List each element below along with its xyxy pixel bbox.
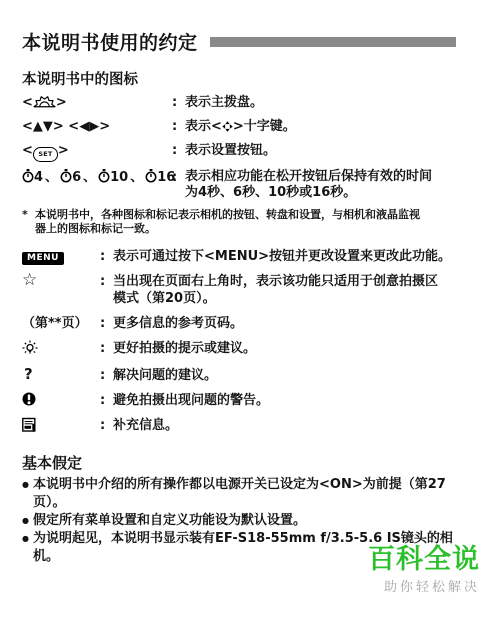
colon: : — [100, 417, 113, 434]
description-line: 表示相应功能在松开按钮后保持有效的时间 — [185, 169, 478, 185]
timer-value: 4 — [34, 170, 43, 185]
list-item-text: 假定所有菜单设置和自定义功能设为默认设置。 — [33, 512, 306, 530]
icon-row-cross-keys: <▲▼> <◀▶> : 表示<>十字键。 — [22, 118, 478, 135]
list-item: ● 假定所有菜单设置和自定义功能设为默认设置。 — [22, 512, 478, 530]
tip-description: 更好拍摄的提示或建议。 — [113, 340, 478, 357]
menu-description: 表示可通过按下<MENU>按钮并更改设置来更改此功能。 — [113, 248, 478, 265]
timer-description: 表示相应功能在松开按钮后保持有效的时间 为4秒、6秒、10秒或16秒。 — [185, 169, 478, 201]
footnote-marker: * — [22, 208, 35, 236]
question-description: 解决问题的建议。 — [113, 367, 478, 384]
description-text: >十字键。 — [233, 119, 296, 134]
colon: : — [172, 118, 185, 135]
timer-label: 4、6、10、16 — [22, 169, 172, 186]
timer-icon — [98, 169, 110, 183]
cross-keys-label: <▲▼> <◀▶> — [22, 118, 172, 135]
mark-row-tip: : 更好拍摄的提示或建议。 — [22, 340, 478, 359]
set-button-description: 表示设置按钮。 — [185, 142, 478, 159]
brand-tagline: 助你轻松解决 — [368, 576, 480, 595]
menu-label: MENU — [22, 248, 100, 265]
mark-row-star: ☆ : 当出现在页面右上角时，表示该功能只适用于创意拍摄区模式（第20页）。 — [22, 273, 478, 307]
description-text: 表示< — [185, 119, 222, 134]
menu-badge-icon: MENU — [22, 252, 64, 265]
page-reference-description: 更多信息的参考页码。 — [113, 315, 478, 332]
main-dial-description: 表示主拨盘。 — [185, 94, 478, 111]
bracket-open: < — [22, 95, 33, 110]
page-reference-label: （第**页） — [22, 315, 100, 332]
colon: : — [100, 340, 113, 357]
star-description: 当出现在页面右上角时，表示该功能只适用于创意拍摄区模式（第20页）。 — [113, 273, 449, 307]
set-button-icon: SET — [33, 147, 58, 162]
colon: : — [100, 315, 113, 332]
main-dial-icon — [33, 94, 56, 108]
icons-section-heading: 本说明书中的图标 — [22, 68, 478, 89]
question-mark-icon: ? — [22, 365, 33, 383]
colon: : — [100, 273, 113, 290]
tip-label — [22, 340, 100, 359]
star-label: ☆ — [22, 273, 100, 290]
list-item-text: 本说明书中介绍的所有操作都以电源开关已设定为<ON>为前提（第27页）。 — [33, 476, 463, 512]
footnote: * 本说明书中，各种图标和标记表示相机的按钮、转盘和设置，与相机和液晶监视器上的… — [22, 208, 478, 236]
star-icon: ☆ — [22, 270, 37, 290]
warning-description: 避免拍摄出现问题的警告。 — [113, 392, 478, 409]
timer-value: 6 — [72, 170, 81, 185]
list-item: ● 本说明书中介绍的所有操作都以电源开关已设定为<ON>为前提（第27页）。 — [22, 476, 478, 512]
cross-keys-description: 表示<>十字键。 — [185, 118, 478, 135]
icon-row-main-dial: <> : 表示主拨盘。 — [22, 94, 478, 111]
manual-page: 本说明书使用的约定 本说明书中的图标 <> : 表示主拨盘。 <▲▼> <◀▶>… — [0, 0, 500, 621]
brand-logo-text: 百科全说 — [368, 546, 480, 574]
bullet-icon: ● — [22, 512, 33, 530]
icon-row-set-button: <SET> : 表示设置按钮。 — [22, 142, 478, 162]
footnote-text: 本说明书中，各种图标和标记表示相机的按钮、转盘和设置，与相机和液晶监视器上的图标… — [35, 208, 427, 236]
set-button-label: <SET> — [22, 142, 172, 162]
mark-row-question: ? : 解决问题的建议。 — [22, 367, 478, 384]
title-decoration-bar — [210, 37, 456, 47]
timer-icon — [22, 169, 34, 183]
note-description: 补充信息。 — [113, 417, 478, 434]
bracket-close: > — [58, 143, 69, 158]
mark-row-page-reference: （第**页） : 更多信息的参考页码。 — [22, 315, 478, 332]
separator: 、 — [81, 170, 98, 185]
bracket-close: > — [56, 95, 67, 110]
mark-row-warning: : 避免拍摄出现问题的警告。 — [22, 392, 478, 409]
icon-row-timers: 4、6、10、16 : 表示相应功能在松开按钮后保持有效的时间 为4秒、6秒、1… — [22, 169, 478, 201]
timer-value: 10 — [110, 170, 128, 185]
separator: 、 — [128, 170, 145, 185]
description-line: 为4秒、6秒、10秒或16秒。 — [185, 185, 478, 201]
note-label — [22, 417, 100, 436]
separator: 、 — [43, 170, 60, 185]
question-label: ? — [22, 367, 100, 384]
warning-icon — [22, 392, 36, 406]
colon: : — [100, 367, 113, 384]
colon: : — [100, 248, 113, 265]
page-header: 本说明书使用的约定 — [22, 28, 478, 55]
main-dial-label: <> — [22, 94, 172, 111]
colon: : — [172, 169, 185, 186]
tip-bulb-icon — [22, 340, 38, 356]
bracket-open: < — [22, 143, 33, 158]
watermark: 百科全说 助你轻松解决 — [368, 546, 480, 595]
bullet-icon: ● — [22, 530, 33, 566]
colon: : — [172, 142, 185, 159]
assumptions-heading: 基本假定 — [22, 452, 478, 473]
warning-label — [22, 392, 100, 409]
cross-keys-icon — [222, 121, 233, 132]
page-title: 本说明书使用的约定 — [22, 28, 198, 55]
timer-icon — [145, 169, 157, 183]
bullet-icon: ● — [22, 476, 33, 512]
mark-row-menu: MENU : 表示可通过按下<MENU>按钮并更改设置来更改此功能。 — [22, 248, 478, 265]
colon: : — [100, 392, 113, 409]
note-icon — [22, 417, 37, 433]
timer-icon — [60, 169, 72, 183]
mark-row-note: : 补充信息。 — [22, 417, 478, 436]
colon: : — [172, 94, 185, 111]
